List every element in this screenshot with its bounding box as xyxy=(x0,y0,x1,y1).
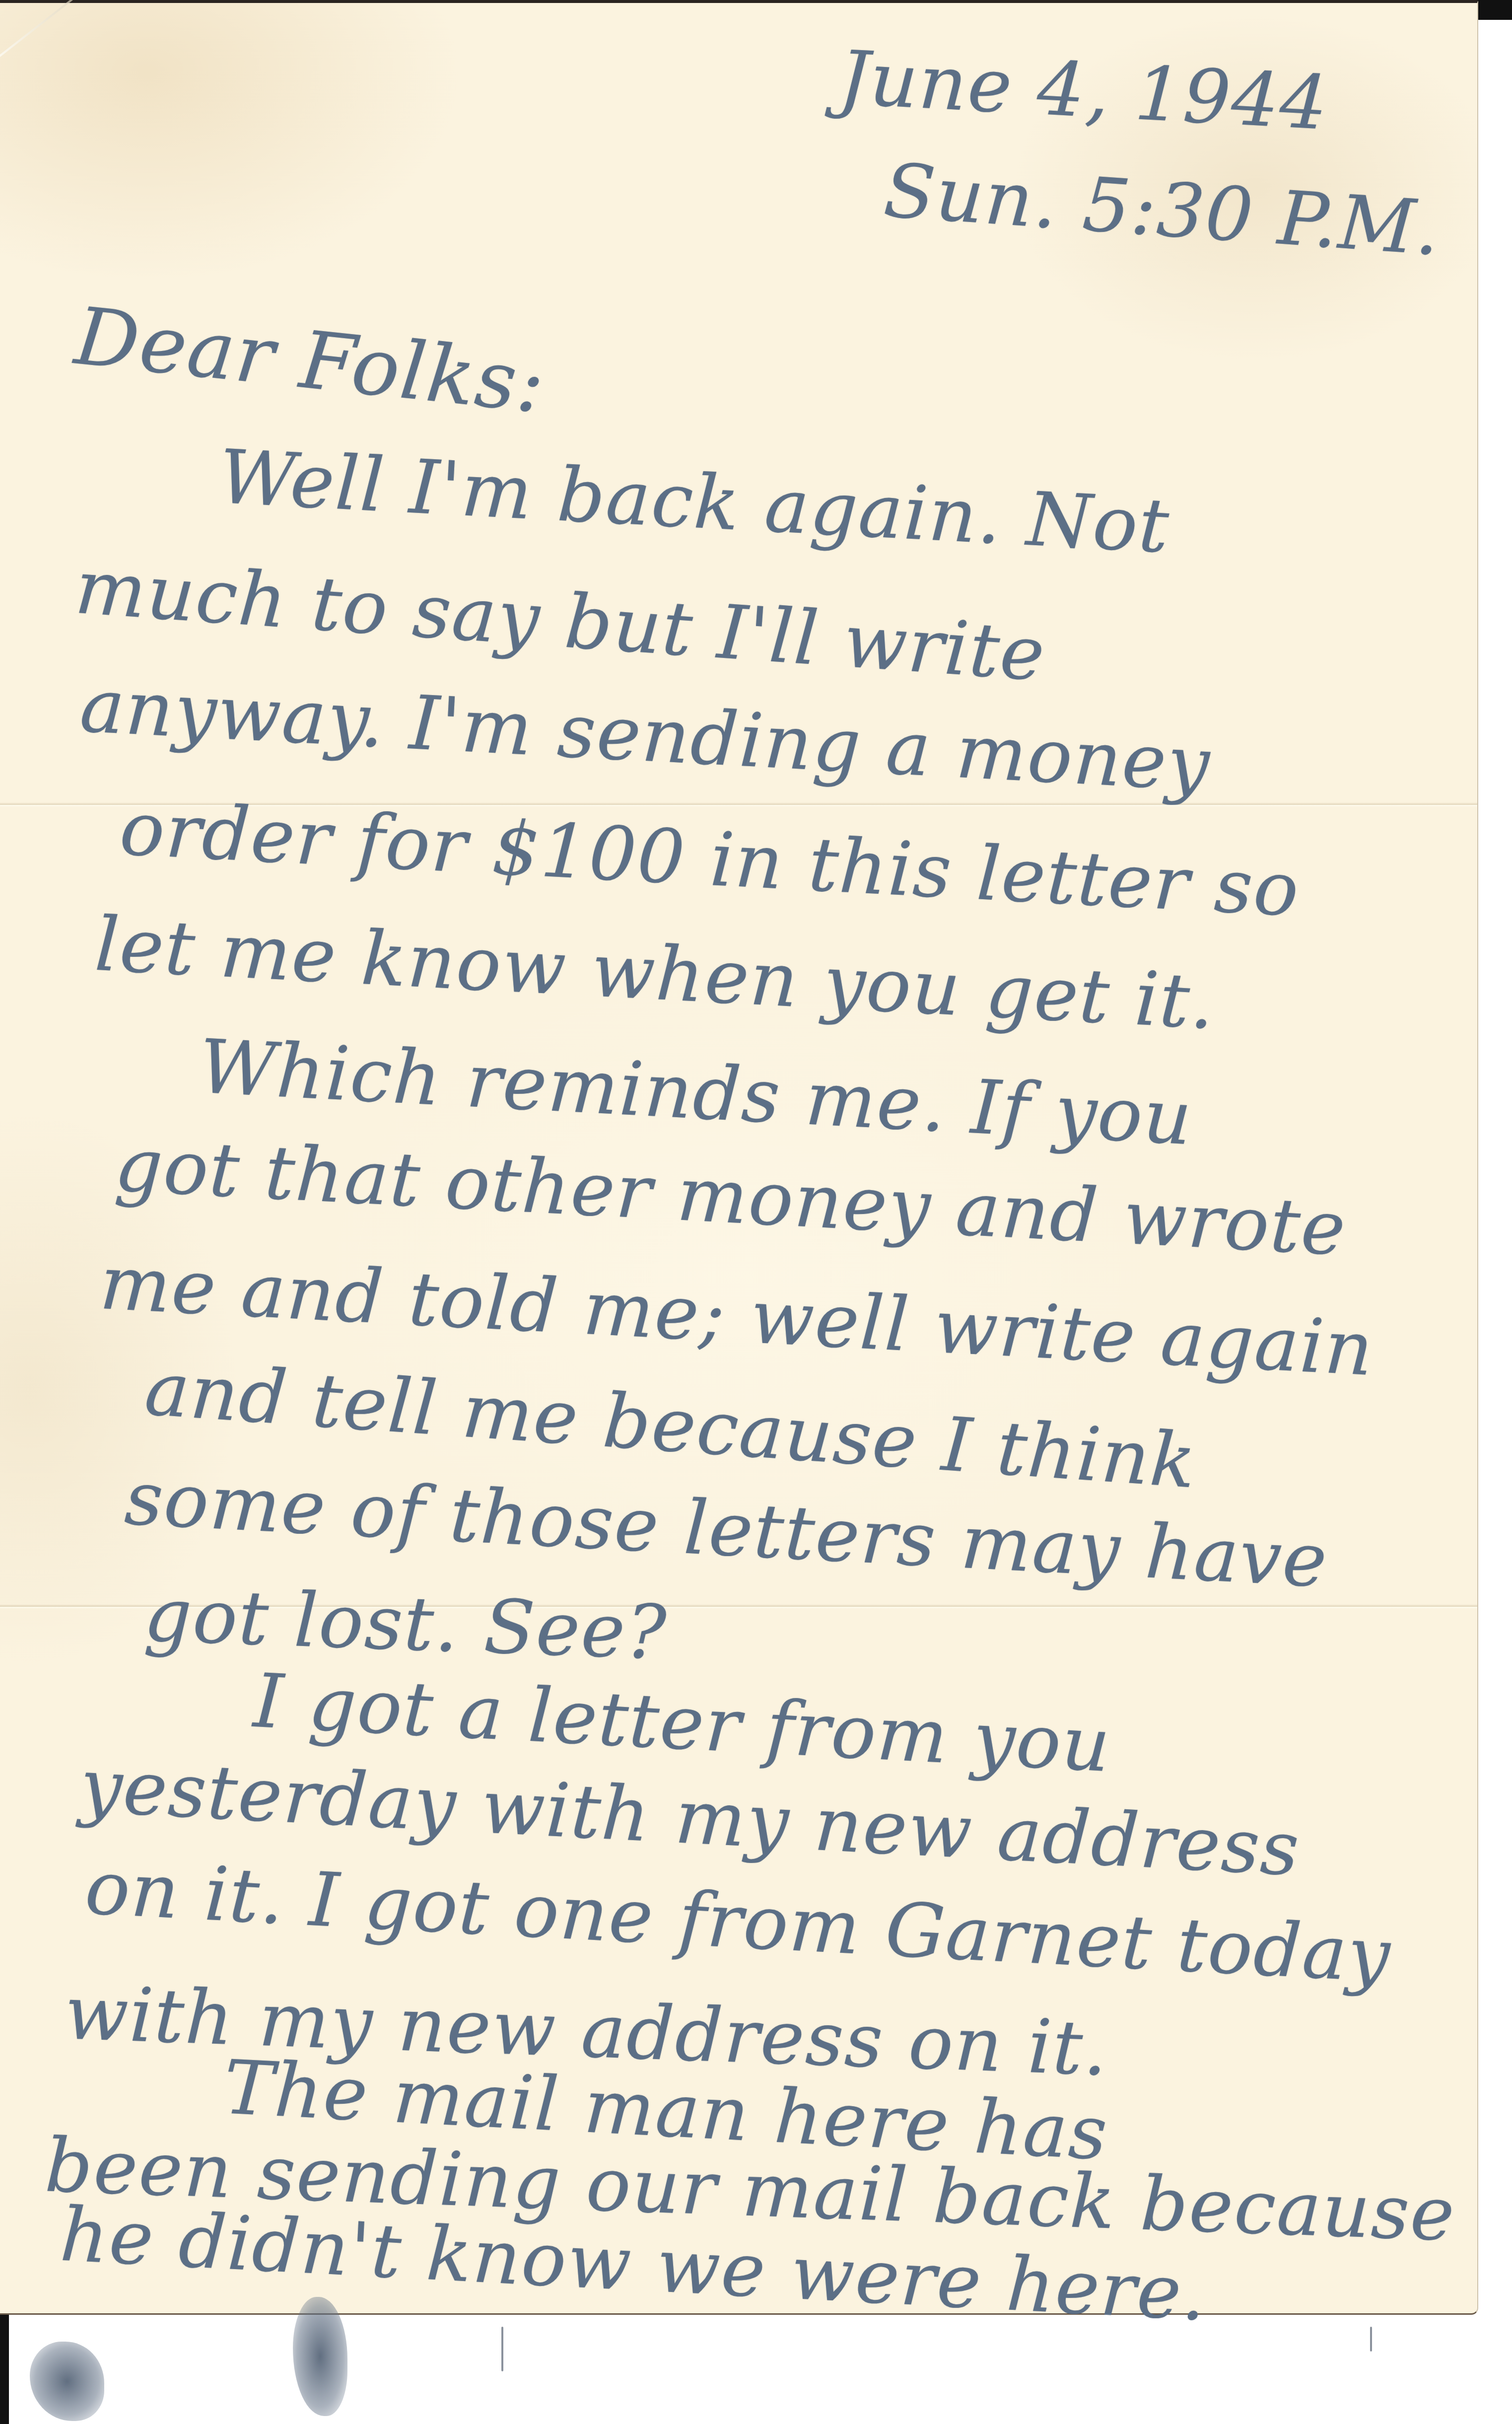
letter-page: June 4, 1944 Sun. 5:30 P.M. Dear Folks: … xyxy=(0,0,1478,2315)
letter-line-1: Well I'm back again. Not xyxy=(217,440,1171,564)
ink-blot-corner xyxy=(30,2342,104,2421)
letter-line-4: order for $100 in this letter so xyxy=(118,791,1302,927)
corner-crease xyxy=(0,0,132,65)
letter-line-5: let me know when you get it. xyxy=(93,907,1217,1040)
letter-date: June 4, 1944 xyxy=(837,35,1330,146)
letter-salutation: Dear Folks: xyxy=(71,296,549,425)
letter-line-11: got lost. See? xyxy=(143,1578,668,1671)
ink-speck xyxy=(1370,2327,1372,2352)
scanner-bed-edge-left xyxy=(0,2314,9,2424)
ink-blot xyxy=(293,2297,347,2416)
ink-speck xyxy=(501,2327,503,2371)
letter-time: Sun. 5:30 P.M. xyxy=(881,147,1443,273)
